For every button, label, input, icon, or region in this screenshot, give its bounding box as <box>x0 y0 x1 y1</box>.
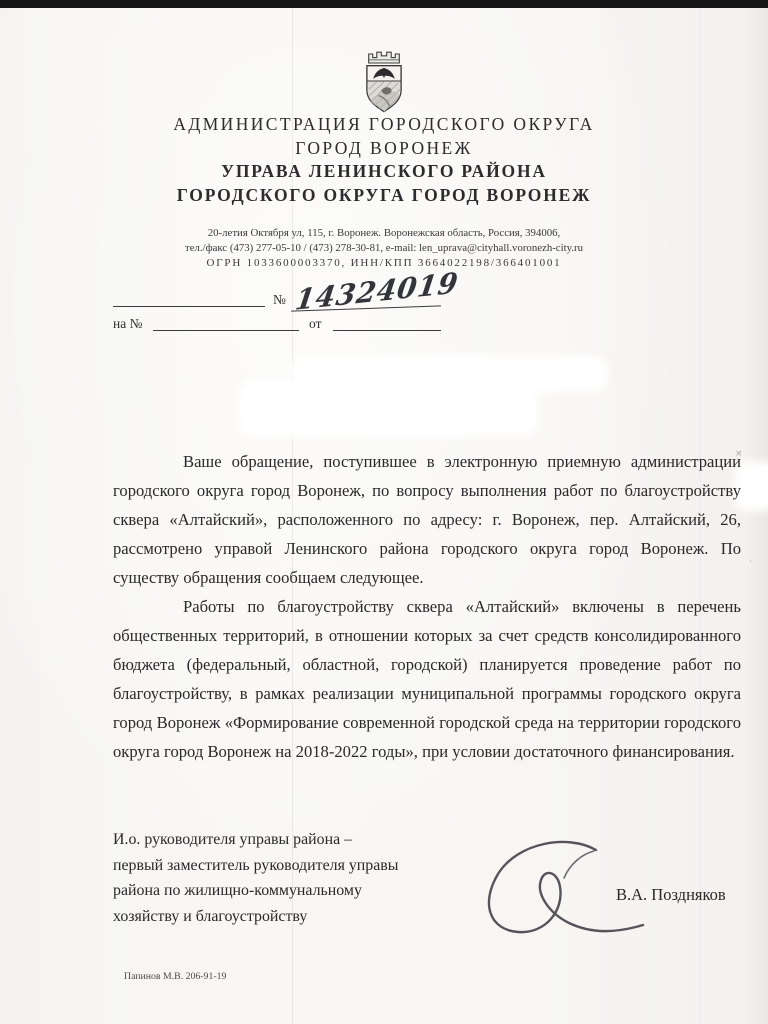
date-blank-line <box>113 306 265 307</box>
on-number-label: на № <box>113 316 142 332</box>
scan-top-edge <box>0 0 768 8</box>
signer-position-line: района по жилищно-коммунальному <box>113 878 483 904</box>
letter-body: Ваше обращение, поступившее в электронну… <box>113 447 741 766</box>
signer-position-line: И.о. руководителя управы района – <box>113 827 483 853</box>
number-sign-label: № <box>273 292 286 308</box>
org-name-line: УПРАВА ЛЕНИНСКОГО РАЙОНА <box>0 160 768 184</box>
signer-position-line: хозяйству и благоустройству <box>113 904 483 930</box>
body-paragraph: Работы по благоустройству сквера «Алтайс… <box>113 592 741 766</box>
redaction-box <box>243 386 533 431</box>
org-name-line: ГОРОДСКОГО ОКРУГА ГОРОД ВОРОНЕЖ <box>0 184 768 208</box>
voronezh-coat-of-arms-icon <box>357 44 411 123</box>
org-name-line: ГОРОД ВОРОНЕЖ <box>0 137 768 161</box>
signer-name: В.А. Поздняков <box>616 885 726 905</box>
executor-contact: Папинов М.В. 206-91-19 <box>124 971 226 982</box>
reference-block: № 14324019 на № от <box>113 288 443 348</box>
handwritten-outgoing-number: 14324019 <box>293 266 461 317</box>
incoming-number-blank-line <box>153 330 299 331</box>
scanned-letter-page: АДМИНИСТРАЦИЯ ГОРОДСКОГО ОКРУГА ГОРОД ВО… <box>0 0 768 1024</box>
redaction-box <box>740 467 768 505</box>
signer-position-line: первый заместитель руководителя управы <box>113 853 483 879</box>
org-name-line: АДМИНИСТРАЦИЯ ГОРОДСКОГО ОКРУГА <box>0 113 768 137</box>
pencil-mark: · <box>749 557 752 567</box>
ogrn-inn-line: ОГРН 1033600003370, ИНН/КПП 3664022198/3… <box>0 256 768 271</box>
from-date-label: от <box>309 316 321 332</box>
letterhead-contacts: 20-летия Октября ул, 115, г. Воронеж. Во… <box>0 226 768 271</box>
phone-email-line: тел./факс (473) 277-05-10 / (473) 278-30… <box>0 241 768 256</box>
redaction-box <box>297 361 603 387</box>
letterhead-org-name: АДМИНИСТРАЦИЯ ГОРОДСКОГО ОКРУГА ГОРОД ВО… <box>0 113 768 207</box>
body-paragraph: Ваше обращение, поступившее в электронну… <box>113 447 741 592</box>
incoming-date-blank-line <box>333 330 441 331</box>
signer-position-block: И.о. руководителя управы района – первый… <box>113 827 483 929</box>
address-line: 20-летия Октября ул, 115, г. Воронеж. Во… <box>0 226 768 241</box>
